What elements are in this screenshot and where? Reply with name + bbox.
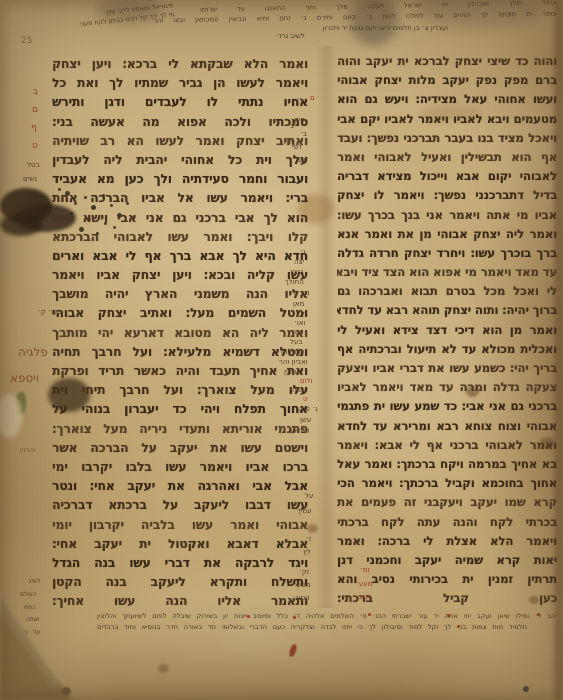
- text-line: ותאמר אליו הנה עשו אחיך׃: [52, 591, 308, 610]
- text-line: עד מאד ויאמר מי אפוא הוא הצד ציד ויבא: [337, 263, 557, 282]
- gutter-note: ם: [310, 94, 315, 102]
- text-line: סמכתיו ולכה אפוא מה אעשה בני׃: [52, 112, 308, 131]
- text-line: צעקה גדלה ומרה עד מאד ויאמר לאביו: [337, 378, 557, 397]
- rubric-dot: [247, 615, 250, 618]
- margin-note: ף: [31, 124, 37, 132]
- text-line: כען קביל ברכתי׃: [337, 589, 557, 608]
- ink-blot-left-margin: [0, 214, 42, 236]
- text-line: ויגד לרבקה את דברי עשו בנה הגדל: [52, 553, 308, 572]
- text-line: עלו מעל צוארך׃ ועל חרבך תיחי וית: [52, 380, 308, 399]
- margin-note: נשים: [23, 175, 37, 183]
- text-line: קלו ויבך׃ ואמר עשו לאבוהי הברכתא: [52, 227, 308, 246]
- text-line: אביו מי אתה ויאמר אני בנך בכרך עשו׃: [337, 206, 557, 225]
- text-line: ברכו אביו ויאמר עשו בלבו יקרבו ימי: [52, 457, 308, 476]
- text-line: חדא היא לך אבא ברך אף לי אבא וארים: [52, 246, 308, 265]
- rubric-dot: [368, 613, 371, 616]
- text-line: אבוהי ואמר עשו בלביה יקרבון יומי: [52, 515, 308, 534]
- margin-note: פלגיה: [18, 348, 48, 356]
- margin-note: ויספא: [10, 374, 39, 382]
- text-line: ואמר ליה יצחק אבוהי מן את ואמר אנא: [337, 225, 557, 244]
- text-line: ואמר לאבוהי ברכני אף לי אבא׃ ויאמר: [337, 436, 557, 455]
- text-line: הוא לך אבי ברכני גם אני אבי וישא עשו: [52, 208, 308, 227]
- text-line: והוה כד שיצי יצחק לברכא ית יעקב והוה: [337, 52, 557, 71]
- masorah-corner-block: ויות יג רמימימראל ותאחזו לדבי ומיןמי לך …: [23, 0, 175, 35]
- stain-spot: [158, 664, 169, 673]
- text-line: אליו הנה משמני הארץ יהיה מושבך: [52, 284, 308, 303]
- text-line: ומטל השמים מעל׃ ואתיב יצחק אבוהי: [52, 303, 308, 322]
- text-line: בא אחיך במרמה ויקח ברכתך׃ ואמר עאל: [337, 455, 557, 474]
- red-ink-mark: [288, 643, 298, 657]
- text-line: וישטם עשו את יעקב על הברכה אשר: [52, 438, 308, 457]
- text-line: פתגמי אוריתא ותעדי ניריה מעל צוארך׃: [52, 419, 308, 438]
- text-line: ויאכל מציד בנו בעבר תברכני נפשך׃ ועבד: [337, 129, 557, 148]
- manuscript-page: וסמל ימלך ואברכין ית ישראל ויעקב מלך ותנ…: [0, 0, 563, 700]
- text-line: אף הוא תבשילין ואעיל לאבוהי ואמר: [337, 148, 557, 167]
- text-line: ועבור וחמר סעידתיה ולך כען מא אעביד: [52, 169, 308, 188]
- text-line: ואמר הלא שבקתא לי ברכא׃ ויען יצחק: [52, 54, 308, 73]
- ink-blot-left-margin: [0, 188, 52, 224]
- corner-fold-shadow: [0, 596, 72, 700]
- text-line: ברם מפק נפק יעקב מלות יצחק אבוהי: [337, 71, 557, 90]
- text-line: ואמר מן הוא דיכי דצד צידא ואעיל לי: [337, 321, 557, 340]
- rubric-dot: [447, 614, 450, 617]
- rubric-dot: [457, 625, 460, 628]
- text-line: ואת אחיך תעבד והיה כאשר תריד ופרקת: [52, 361, 308, 380]
- text-line: ותשלח ותקרא ליעקב בנה הקטן: [52, 572, 308, 591]
- text-line: בדיל דתברכנני נפשך׃ ויאמר לו יצחק: [337, 186, 557, 205]
- text-line: קרא שמו יעקב ויעקבני זה פעמים את: [337, 493, 557, 512]
- text-column-right: והוה כד שיצי יצחק לברכא ית יעקב והוהברם …: [337, 52, 557, 608]
- text-line: אחוך בחוכמא וקביל ברכתך׃ ויאמר הכי: [337, 474, 557, 493]
- text-line: ואכלית מכולא עד לא תיעול וברכתיה אף: [337, 340, 557, 359]
- stain-spot: [307, 524, 318, 533]
- masorah-bottom-line: יהב ל׳ ופילו שיאן ועקב יתי אתה יד עזר יש…: [97, 611, 557, 621]
- text-line: אבלא דאבא ואקטול ית יעקב אחי׃: [52, 534, 308, 553]
- text-line: עשו דבבו ליעקב על ברכתא דברכיה: [52, 495, 308, 514]
- text-line: אחיו נתתי לו לעבדים ודגן ותירש: [52, 92, 308, 111]
- margin-note: והרויו: [20, 446, 36, 454]
- text-line: ואתיב יצחק ואמר לעשו הא רב שויתיה: [52, 131, 308, 150]
- text-line: לאבוהי יקום אבא וייכול מצידא דבריה: [337, 167, 557, 186]
- rubric-dot: [537, 613, 540, 616]
- green-mark: [16, 392, 26, 414]
- stain-spot: [523, 686, 529, 692]
- text-line: בכרתי לקח והנה עתה לקח ברכתי: [337, 513, 557, 532]
- text-line: אחוך תפלח ויהי כד יעברון בנוהי על: [52, 399, 308, 418]
- text-line: אבוהי וצוח צוחא רבא ומרירא עד לחדא: [337, 417, 557, 436]
- text-line: יאות קרא שמיה יעקב וחכמני דנן: [337, 551, 557, 570]
- text-line: אבל אבי ואהרגה את יעקב אחי׃ ונטר: [52, 476, 308, 495]
- gutter-crease: [316, 46, 336, 608]
- text-line: מטעמים ויבא לאביו ויאמר לאביו יקם אבי: [337, 110, 557, 129]
- text-line: עשו קליה ובכא׃ ויען יצחק אביו ויאמר: [52, 265, 308, 284]
- text-line: ברך בוכרך עשו׃ ויחרד יצחק חרדה גדלה: [337, 244, 557, 263]
- repair-patch: [0, 394, 22, 438]
- margin-note: בטל: [27, 161, 40, 169]
- text-line: לי ואכל מכל בטרם תבוא ואברכהו גם: [337, 282, 557, 301]
- masorah-bottom-line: תלמיד מות צפות בנ׳ לך וקל לסוד וסיבולון …: [97, 622, 527, 632]
- text-line: תרתין זמנין ית בכירותי נסיב והא: [337, 570, 557, 589]
- text-line: ועשו אחוהי עאל מצידיה׃ ויעש גם הוא: [337, 90, 557, 109]
- masorah-catchword: לשיב נרד׳: [258, 31, 322, 41]
- text-line: עלך וית כל אחוהי יהבית ליה לעבדין: [52, 150, 308, 169]
- margin-note: ם: [32, 106, 38, 114]
- text-line: ואמר ליה הא מטובא דארעא יהי מותבך: [52, 323, 308, 342]
- text-line: ומטלא דשמיא מלעילא׃ ועל חרבך תחיה: [52, 342, 308, 361]
- rubric-dot: [293, 616, 296, 619]
- margin-note: ט: [32, 142, 38, 150]
- text-column-left: ואמר הלא שבקתא לי ברכא׃ ויען יצחקויאמר ל…: [52, 54, 308, 610]
- margin-note: לשיב: [28, 578, 40, 586]
- text-line: ויאמר לעשו הן גביר שמתיו לך ואת כל: [52, 73, 308, 92]
- margin-note: ב: [33, 88, 38, 96]
- text-line: ברי׃ ויאמר עשו אל אביו הברכה אחת: [52, 188, 308, 207]
- text-line: ברכני גם אני אבי׃ כד שמע עשו ית פתגמי: [337, 397, 557, 416]
- folio-number-pencil: 25: [21, 36, 32, 46]
- text-line: ברוך יהיה׃ ותוה יצחק תוהא רבא עד לחדא: [337, 301, 557, 320]
- text-line: ויאמר הלא אצלת לי ברכה׃ ואמר: [337, 532, 557, 551]
- text-line: בריך יהי׃ כשמע עשו את דברי אביו ויצעק: [337, 359, 557, 378]
